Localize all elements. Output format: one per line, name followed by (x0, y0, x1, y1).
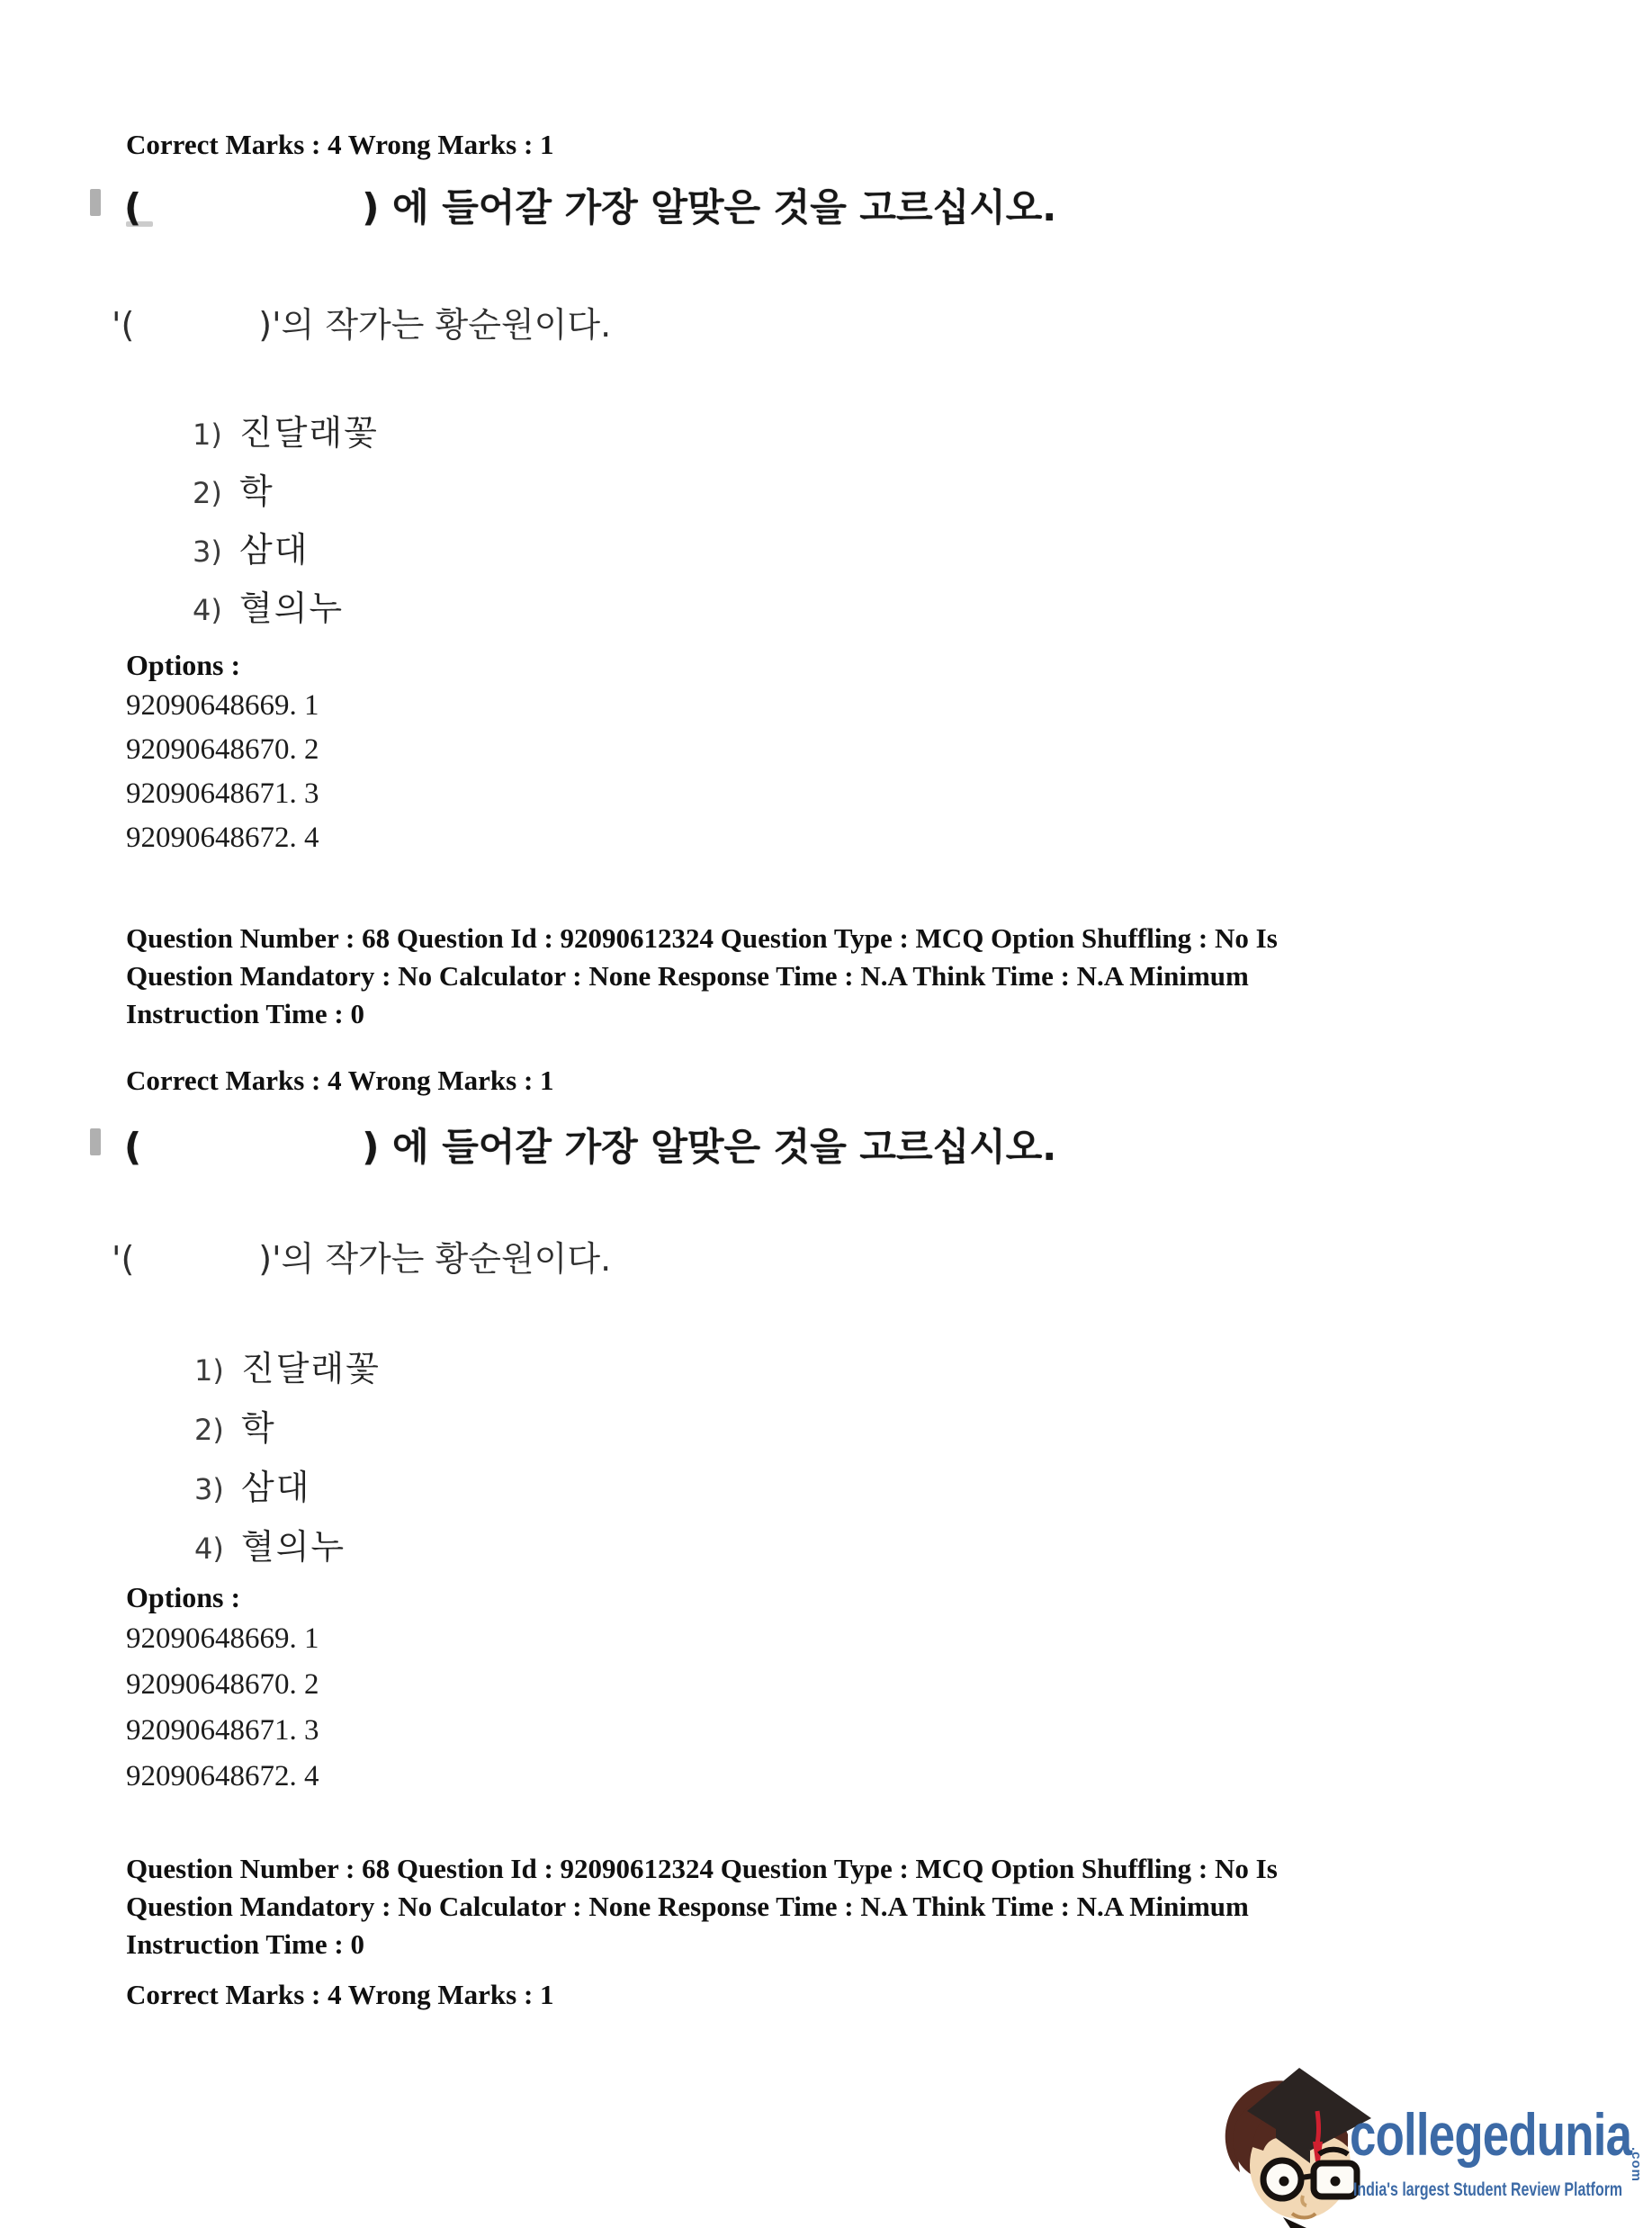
choice-2: 2)학 (193, 463, 274, 513)
choice-2-number: 2) (194, 1413, 241, 1447)
choice-2-text: 학 (241, 1408, 276, 1448)
metadata-line-3: Instruction Time : 0 (126, 1926, 1548, 1963)
option-id-2: 92090648670. 2 (126, 1662, 319, 1708)
metadata-line-2: Question Mandatory : No Calculator : Non… (126, 957, 1548, 995)
metadata-line-1: Question Number : 68 Question Id : 92090… (126, 1850, 1548, 1888)
choice-3-number: 3) (193, 535, 239, 569)
choice-3-text: 삼대 (239, 530, 309, 570)
option-id-4: 92090648672. 4 (126, 816, 319, 860)
prompt-open-paren: ( (124, 1125, 141, 1169)
metadata-line-1: Question Number : 68 Question Id : 92090… (126, 920, 1548, 957)
correct-wrong-marks-line: Correct Marks : 4 Wrong Marks : 1 (126, 126, 554, 164)
question-metadata: Question Number : 68 Question Id : 92090… (126, 1850, 1548, 1963)
scan-artifact (90, 189, 101, 216)
options-label: Options : (126, 646, 240, 684)
choice-2-number: 2) (193, 476, 239, 510)
option-id-3: 92090648671. 3 (126, 772, 319, 816)
choice-4: 4)혈의누 (194, 1519, 346, 1568)
choice-3: 3)삼대 (193, 522, 309, 571)
option-id-list: 92090648669. 1 92090648670. 2 9209064867… (126, 684, 319, 860)
option-id-2: 92090648670. 2 (126, 728, 319, 772)
choice-1-number: 1) (194, 1353, 241, 1388)
question-metadata: Question Number : 68 Question Id : 92090… (126, 920, 1548, 1033)
correct-wrong-marks-line: Correct Marks : 4 Wrong Marks : 1 (126, 1062, 554, 1100)
option-id-1: 92090648669. 1 (126, 1616, 319, 1662)
prompt-open-paren: ( (124, 185, 141, 229)
option-id-3: 92090648671. 3 (126, 1708, 319, 1754)
choice-1: 1)진달래꽃 (194, 1341, 381, 1390)
sentence-open-paren: '( (112, 1239, 134, 1279)
choice-4: 4)혈의누 (193, 580, 344, 630)
collegedunia-dotcom: .com (1629, 2147, 1644, 2182)
prompt-text: ) 에 들어갈 가장 알맞은 것을 고르십시오. (362, 185, 1056, 229)
collegedunia-tagline: India's largest Student Review Platform (1353, 2179, 1622, 2201)
options-label: Options : (126, 1578, 240, 1616)
option-id-1: 92090648669. 1 (126, 684, 319, 728)
sentence-text: )'의 작가는 황순원이다. (258, 305, 611, 345)
choice-1: 1)진달래꽃 (193, 405, 379, 454)
choice-4-text: 혈의누 (239, 588, 344, 628)
question-prompt: () 에 들어갈 가장 알맞은 것을 고르십시오. (124, 178, 1056, 232)
sentence-text: )'의 작가는 황순원이다. (258, 1239, 611, 1279)
choice-4-number: 4) (194, 1532, 241, 1566)
option-id-4: 92090648672. 4 (126, 1754, 319, 1800)
question-prompt: () 에 들어갈 가장 알맞은 것을 고르십시오. (124, 1118, 1056, 1172)
choice-2-text: 학 (239, 472, 274, 511)
prompt-text: ) 에 들어갈 가장 알맞은 것을 고르십시오. (362, 1125, 1056, 1169)
option-id-list: 92090648669. 1 92090648670. 2 9209064867… (126, 1616, 319, 1800)
metadata-line-2: Question Mandatory : No Calculator : Non… (126, 1888, 1548, 1926)
scanned-question-paper-page: Correct Marks : 4 Wrong Marks : 1 () 에 들… (0, 0, 1652, 2228)
correct-wrong-marks-line: Correct Marks : 4 Wrong Marks : 1 (126, 1976, 554, 2014)
choice-3: 3)삼대 (194, 1460, 310, 1509)
choice-1-text: 진달래꽃 (241, 1349, 381, 1388)
sentence-open-paren: '( (112, 305, 134, 345)
collegedunia-wordmark: collegedunia (1350, 2100, 1631, 2169)
collegedunia-logo: collegedunia .com India's largest Studen… (1213, 2061, 1650, 2228)
scan-artifact (90, 1128, 101, 1155)
choice-2: 2)학 (194, 1400, 276, 1450)
question-sentence: '()'의 작가는 황순원이다. (112, 1231, 611, 1280)
question-sentence: '()'의 작가는 황순원이다. (112, 297, 611, 346)
choice-3-text: 삼대 (241, 1468, 310, 1507)
choice-3-number: 3) (194, 1472, 241, 1506)
choice-4-number: 4) (193, 593, 239, 627)
choice-1-number: 1) (193, 418, 239, 452)
metadata-line-3: Instruction Time : 0 (126, 995, 1548, 1033)
choice-4-text: 혈의누 (241, 1527, 346, 1567)
choice-1-text: 진달래꽃 (239, 413, 379, 453)
